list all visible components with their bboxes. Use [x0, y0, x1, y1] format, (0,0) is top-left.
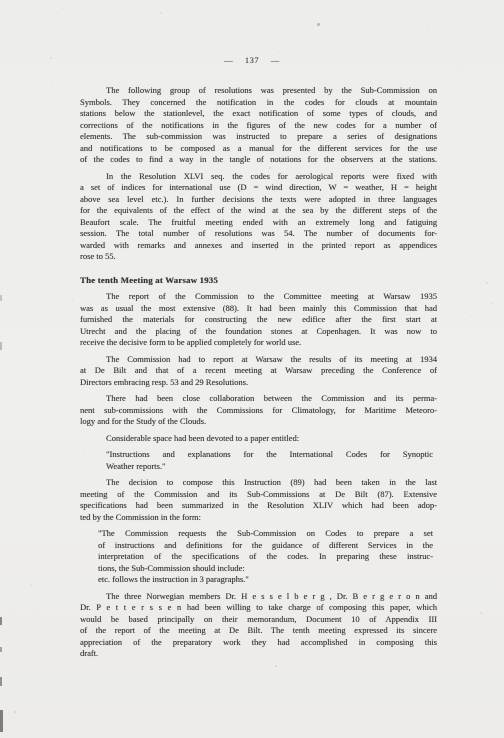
text-line: rose to 55.: [80, 251, 437, 263]
text-line: Considerable space had been devoted to a…: [80, 433, 437, 445]
text-line: at De Bilt and that of a recent meeting …: [80, 365, 437, 377]
paper-speck: [252, 702, 253, 703]
paper-speck: [374, 660, 375, 661]
paper-speck: [11, 574, 12, 575]
text-line: draft.: [80, 648, 437, 660]
paper-speck: [430, 9, 431, 10]
paper-speck: [246, 73, 247, 74]
paper-speck: [52, 84, 53, 85]
paper-speck: [456, 319, 457, 320]
body-paragraph: The following group of resolutions was p…: [80, 85, 437, 166]
paper-speck: [14, 608, 15, 609]
text-line: The Commission had to report at Warsaw t…: [80, 354, 437, 366]
text-line: The three Norwegian members Dr. H e s s …: [80, 591, 437, 603]
text-line: The report of the Commission to the Comm…: [80, 291, 437, 303]
heading-text: The tenth Meeting at Warsaw 1935: [80, 275, 437, 287]
paper-speck: [30, 584, 32, 586]
body-paragraph: In the Resolution XLVI seq. the codes fo…: [80, 171, 437, 263]
paper-speck: [160, 12, 162, 14]
text-line: The following group of resolutions was p…: [80, 85, 437, 97]
scan-artifact-mark: [0, 342, 2, 350]
text-line: for the equivalents of the effect of the…: [80, 205, 437, 217]
body-paragraph: The three Norwegian members Dr. H e s s …: [80, 591, 437, 660]
section-heading: The tenth Meeting at Warsaw 1935: [80, 275, 437, 287]
paper-speck: [470, 316, 471, 317]
text-line: Symbols. They concerned the notification…: [80, 97, 437, 109]
text-line: In the Resolution XLVI seq. the codes fo…: [80, 171, 437, 183]
paper-speck: [126, 50, 127, 51]
text-line: etc. follows the instruction in 3 paragr…: [98, 574, 433, 586]
paper-speck: [491, 302, 493, 304]
text-line: stations below the stationlevel, the exa…: [80, 108, 437, 120]
text-line: session. The total number of resolutions…: [80, 228, 437, 240]
text-line: appreciation of the preparatory work the…: [80, 637, 437, 649]
scan-artifact-speck: [317, 23, 320, 26]
text-line: nent sub-commissions with the Commission…: [80, 405, 437, 417]
body-paragraph: Considerable space had been devoted to a…: [80, 433, 437, 445]
text-line: "Instructions and explanations for the I…: [106, 449, 433, 461]
scan-artifact-mark: [0, 617, 2, 625]
text-line: and notifications to be composed as a ma…: [80, 143, 437, 155]
body-paragraph: There had been close collaboration betwe…: [80, 393, 437, 428]
text-line: meeting of the Commission and its Sub-Co…: [80, 489, 437, 501]
page-number: — 137 —: [0, 55, 504, 65]
text-line: corrections of the notifications in the …: [80, 120, 437, 132]
text-line: above sea level etc.). In further decisi…: [80, 194, 437, 206]
text-line: logy and for the Study of the Clouds.: [80, 416, 437, 428]
text-line: specifications had been summarized in th…: [80, 500, 437, 512]
paper-speck: [495, 377, 496, 378]
scan-artifact-mark: [0, 295, 2, 301]
text-line: of the codes to find a way in the tangle…: [80, 154, 437, 166]
text-line: warded with remarks and annexes and inse…: [80, 240, 437, 252]
paper-speck: [481, 106, 482, 107]
text-line: of the report of the meeting at De Bilt.…: [80, 625, 437, 637]
paper-speck: [480, 612, 482, 614]
text-line: tions, the Sub-Commission should include…: [98, 563, 433, 575]
body-paragraph: The decision to compose this Instruction…: [80, 477, 437, 523]
paper-speck: [369, 676, 370, 677]
text-line: There had been close collaboration betwe…: [80, 393, 437, 405]
paper-speck: [38, 614, 39, 615]
paper-speck: [454, 339, 455, 340]
text-line: was as usual the most extensive (88). It…: [80, 303, 437, 315]
scan-artifact-mark: [0, 677, 2, 686]
text-line: ted by the Commission in the form:: [80, 512, 437, 524]
text-line: elements. The sub-commission was instruc…: [80, 131, 437, 143]
text-line: Directors embracing resp. 53 and 29 Reso…: [80, 377, 437, 389]
text-block: The following group of resolutions was p…: [80, 80, 437, 660]
paper-speck: [428, 28, 429, 29]
scanned-book-page: — 137 — The following group of resolutio…: [0, 0, 504, 738]
paper-speck: [62, 8, 63, 9]
text-line: Weather reports.": [106, 461, 433, 473]
paper-speck: [40, 413, 41, 414]
paper-speck: [458, 311, 459, 312]
scan-artifact-mark: [0, 710, 3, 732]
text-line: receive the decisive form to be applied …: [80, 337, 437, 349]
paper-speck: [275, 665, 277, 667]
paper-speck: [486, 282, 488, 284]
body-paragraph: The Commission had to report at Warsaw t…: [80, 354, 437, 389]
paper-speck: [278, 51, 279, 52]
text-line: a set of indices for international use (…: [80, 182, 437, 194]
blockquote-paragraph: "The Commission requests the Sub-Commiss…: [80, 528, 437, 586]
paper-speck: [457, 66, 458, 67]
blockquote-paragraph: "Instructions and explanations for the I…: [80, 449, 437, 472]
text-line: would be based principally on their memo…: [80, 614, 437, 626]
body-paragraph: The report of the Commission to the Comm…: [80, 291, 437, 349]
text-line: Beaufort scale. The fruitful meeting end…: [80, 217, 437, 229]
paper-speck: [72, 300, 73, 301]
paper-speck: [14, 711, 16, 713]
text-line: The decision to compose this Instruction…: [80, 477, 437, 489]
text-line: Utrecht and the placing of the foundatio…: [80, 326, 437, 338]
text-line: of instructions and definitions for the …: [98, 540, 433, 552]
paper-speck: [303, 2, 304, 3]
scan-artifact-mark: [0, 647, 2, 652]
text-line: "The Commission requests the Sub-Commiss…: [98, 528, 433, 540]
text-line: interpretation of the specifications of …: [98, 551, 433, 563]
text-line: Dr. P e t t e r s s e n had been willing…: [80, 602, 437, 614]
text-line: furnished the materials for constructing…: [80, 314, 437, 326]
